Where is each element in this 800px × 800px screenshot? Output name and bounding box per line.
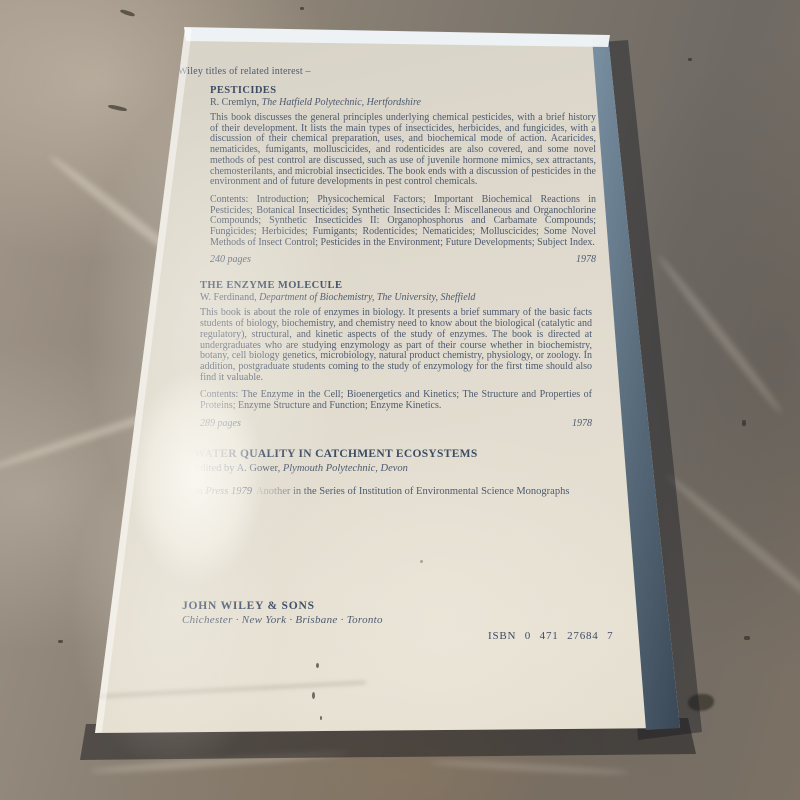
page-count: 240 pages xyxy=(210,254,251,265)
publisher-name: JOHN WILEY & SONS xyxy=(182,600,383,612)
pages-year-line: 289 pages 1978 xyxy=(200,418,592,429)
listing-contents: Contents: Introduction; Physicochemical … xyxy=(210,195,596,249)
publication-year: 1978 xyxy=(572,418,592,429)
in-press-note: In Press 1979 xyxy=(194,486,252,497)
marble-fleck xyxy=(688,58,692,61)
marble-fleck xyxy=(300,7,304,10)
jacket-speck xyxy=(312,692,315,699)
author-affiliation: The Hatfield Polytechnic, Hertfordshire xyxy=(262,97,421,108)
editor-affiliation: Plymouth Polytechnic, Devon xyxy=(283,463,408,474)
listing-byline: W. Ferdinand, Department of Biochemistry… xyxy=(200,292,592,303)
publication-year: 1978 xyxy=(576,254,596,265)
pages-year-line: 240 pages 1978 xyxy=(210,254,596,265)
marble-fleck xyxy=(120,9,136,17)
jacket-crease xyxy=(96,681,366,698)
listing-description: This book is about the role of enzymes i… xyxy=(200,308,592,383)
listing-contents: Contents: The Enzyme in the Cell; Bioene… xyxy=(200,390,592,411)
listing-title: PESTICIDES xyxy=(210,85,596,97)
listing-description: This book discusses the general principl… xyxy=(210,113,596,188)
marble-fleck xyxy=(744,636,750,640)
series-note: Another in the Series of Institution of … xyxy=(256,486,569,497)
listing-byline: Edited by A. Gower, Plymouth Polytechnic… xyxy=(194,462,594,475)
page-count: 289 pages xyxy=(200,418,241,429)
listing-title: WATER QUALITY IN CATCHMENT ECOSYSTEMS xyxy=(194,447,478,461)
publisher-block: JOHN WILEY & SONS Chichester · New York … xyxy=(182,600,383,626)
jacket-speck xyxy=(320,716,322,720)
related-interest-note: Wiley titles of related interest – xyxy=(178,66,608,78)
isbn-number: ISBN 0 471 27684 7 xyxy=(488,630,613,642)
listing-title: THE ENZYME MOLECULE xyxy=(200,280,592,292)
listing-enzyme-molecule: THE ENZYME MOLECULE W. Ferdinand, Depart… xyxy=(200,280,592,428)
marble-vein xyxy=(655,253,785,416)
back-cover-text: Wiley titles of related interest – PESTI… xyxy=(178,66,608,504)
marble-vein xyxy=(430,759,630,776)
publisher-cities: Chichester · New York · Brisbane · Toron… xyxy=(182,614,383,626)
marble-fleck xyxy=(108,104,127,112)
marble-fleck xyxy=(58,640,63,643)
jacket-speck xyxy=(316,663,319,668)
listing-water-quality: WATER QUALITY IN CATCHMENT ECOSYSTEMS Ed… xyxy=(194,444,594,504)
listing-pesticides: PESTICIDES R. Cremlyn, The Hatfield Poly… xyxy=(210,85,596,265)
editor-name: Edited by A. Gower, xyxy=(194,462,280,475)
author-name: W. Ferdinand, xyxy=(200,292,257,303)
jacket-speck xyxy=(420,560,423,563)
marble-fleck xyxy=(742,420,746,426)
author-name: R. Cremlyn, xyxy=(210,97,259,108)
listing-byline: R. Cremlyn, The Hatfield Polytechnic, He… xyxy=(210,97,596,108)
author-affiliation: Department of Biochemistry, The Universi… xyxy=(259,292,475,303)
